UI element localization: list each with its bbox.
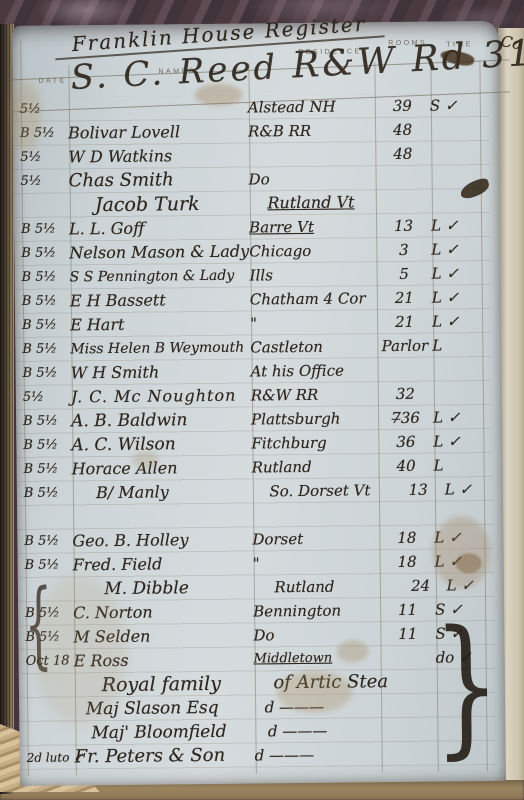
cell-date: B 5½: [16, 409, 71, 434]
cell-name: [68, 96, 248, 122]
cell-date: B 5½: [16, 433, 71, 458]
cell-date: [14, 193, 67, 218]
cell-name: Maj Slason Esq: [74, 695, 265, 721]
cell-residence: R&B RR: [248, 118, 375, 143]
cell-time: S ✓: [430, 93, 480, 118]
column-header-date: DATE: [39, 77, 67, 84]
cell-time: L ✓: [446, 573, 494, 597]
cell-residence: ": [253, 550, 380, 575]
cell-date: [19, 697, 74, 722]
cell-date: B 5½: [15, 265, 70, 290]
cell-name: W D Watkins: [68, 144, 248, 170]
cell-date: 5½: [14, 169, 69, 194]
cell-residence: Rutland: [274, 574, 394, 599]
cell-residence: d ———: [268, 718, 393, 743]
cell-room: 13: [392, 477, 445, 502]
cell-name: A. B. Baldwin: [71, 408, 251, 434]
cell-name: L. L. Goff: [69, 216, 249, 242]
cell-time: [430, 141, 480, 166]
cell-room: [389, 190, 442, 215]
cell-time: L ✓: [431, 237, 481, 262]
cell-room: [381, 646, 436, 671]
cell-time: [442, 189, 490, 214]
cell-room: 5: [376, 262, 431, 287]
cell-room: 48: [375, 118, 430, 143]
cell-name: S S Pennington & Lady: [70, 264, 250, 290]
cell-time: L ✓: [433, 429, 483, 454]
cell-date: B 5½: [15, 337, 70, 362]
cell-room: 13: [376, 214, 431, 239]
cell-residence: Barre Vt: [249, 214, 376, 239]
cell-residence: Plattsburgh: [251, 406, 378, 431]
cell-residence: Rutland Vt: [267, 190, 389, 215]
cell-time: [430, 117, 480, 142]
cell-room: 36: [378, 430, 433, 455]
ink-brace: }: [432, 611, 500, 762]
cell-residence: ": [250, 310, 377, 335]
cell-room: 11: [380, 622, 435, 647]
cell-residence: [248, 142, 375, 167]
cell-date: [17, 505, 72, 530]
cell-name: Horace Allen: [72, 456, 252, 482]
cell-date: 2d luto ✓: [20, 745, 75, 770]
cell-time: L ✓: [432, 309, 482, 334]
cell-name: M Selden: [73, 624, 253, 650]
cell-date: 5½: [13, 97, 68, 122]
cell-time: [433, 381, 483, 406]
cell-room: [377, 358, 432, 383]
cell-name: E H Bassett: [70, 288, 250, 314]
cell-name: Jacob Turk: [67, 191, 268, 217]
cell-room: Parlor: [377, 334, 432, 359]
cell-date: 5½: [13, 145, 68, 170]
cell-residence: Chicago: [249, 238, 376, 263]
cell-name: A. C. Wilson: [71, 432, 251, 458]
cell-date: B 5½: [17, 457, 72, 482]
cell-time: L: [434, 453, 484, 478]
register-page: DATE NAMES RESIDENCE ROOMS TIME Franklin…: [12, 21, 506, 786]
cell-residence: Chatham 4 Cor: [250, 286, 377, 311]
cell-time: [430, 165, 480, 190]
cell-room: 7̶36: [378, 406, 433, 431]
cell-residence: Do: [248, 166, 375, 191]
cell-name: M. Dibble: [70, 575, 274, 601]
cell-date: B 5½: [14, 217, 69, 242]
cell-date: B 5½: [13, 121, 68, 146]
cell-room: 11: [380, 598, 435, 623]
cell-name: Fred. Field: [73, 552, 253, 578]
cell-residence: Bennington: [253, 598, 380, 623]
cell-residence: of Artic Stea: [273, 670, 394, 695]
cell-time: L ✓: [432, 285, 482, 310]
register-row: 2d luto ✓ Fr. Peters & Son d ———: [20, 741, 496, 770]
cell-residence: [252, 502, 379, 527]
cell-residence: Alstead NH: [248, 94, 375, 119]
book-spine-page-edges: [0, 24, 14, 794]
cell-residence: Fitchburg: [251, 430, 378, 455]
cell-room: 39: [375, 94, 430, 119]
cell-name: Fr. Peters & Son: [75, 743, 255, 769]
cell-date: B 5½: [16, 361, 71, 386]
cell-residence: At his Office: [251, 358, 378, 383]
cell-room: 48: [375, 142, 430, 167]
margin-squiggle: {: [24, 578, 52, 673]
cell-name: Chas Smith: [69, 168, 249, 194]
cell-time: L ✓: [435, 549, 485, 574]
cell-residence: Ills: [250, 262, 377, 287]
cell-residence: Castleton: [250, 334, 377, 359]
cell-name: E Ross: [74, 648, 254, 674]
cell-name: B/ Manly: [70, 479, 270, 505]
cell-date: B 5½: [17, 529, 72, 554]
cell-time: L ✓: [434, 525, 484, 550]
cell-residence: Middletown: [254, 646, 381, 671]
cell-name: Geo. B. Holley: [72, 528, 252, 554]
cell-name: J. C. Mc Noughton: [71, 384, 251, 410]
cell-residence: R&W RR: [251, 382, 378, 407]
cell-residence: Rutland: [252, 454, 379, 479]
cell-name: Royal family: [72, 671, 274, 697]
cell-date: B 5½: [14, 241, 69, 266]
cell-time: L ✓: [431, 261, 481, 286]
cell-room: 24: [394, 573, 446, 598]
cell-name: Nelson Mason & Lady: [69, 240, 249, 266]
cell-room: 18: [380, 550, 435, 575]
cell-residence: Dorset: [252, 526, 379, 551]
cell-room: [375, 166, 430, 191]
cell-residence: Do: [253, 622, 380, 647]
cell-time: [432, 357, 482, 382]
cell-name: Bolivar Lovell: [68, 120, 248, 146]
cell-name: Miss Helen B Weymouth: [70, 336, 250, 362]
cell-residence: d ———: [255, 742, 382, 767]
cell-time: L ✓: [433, 405, 483, 430]
cell-room: [379, 502, 434, 527]
cell-time: L: [432, 333, 482, 358]
cell-name: W H Smith: [71, 360, 251, 386]
ledger-photo: Co DATE NAMES RESIDENCE ROOMS TIME Frank…: [0, 0, 524, 800]
cell-name: [72, 504, 252, 530]
cell-time: L ✓: [445, 477, 493, 502]
cell-residence: So. Dorset Vt: [269, 478, 392, 503]
cell-date: B 5½: [15, 289, 70, 314]
cell-date: B 5½: [15, 313, 70, 338]
cell-date: B 5½: [17, 481, 70, 506]
cell-room: 3: [376, 238, 431, 263]
cell-room: 40: [379, 454, 434, 479]
cell-date: 5½: [16, 385, 71, 410]
cell-name: E Hart: [70, 312, 250, 338]
cell-room: 21: [377, 286, 432, 311]
cell-time: [434, 501, 484, 526]
register-rows: 5½ Alstead NH 39 S ✓ B 5½ Bolivar Lovell…: [13, 93, 496, 770]
cell-date: [19, 721, 73, 746]
cell-room: [382, 742, 437, 767]
cell-room: 18: [379, 526, 434, 551]
cell-room: 32: [378, 382, 433, 407]
cell-name: C. Norton: [73, 600, 253, 626]
cell-residence: d ———: [265, 694, 391, 719]
cell-room: 21: [377, 310, 432, 335]
cell-time: L ✓: [431, 213, 481, 238]
cell-name: Maj' Bloomfield: [73, 719, 268, 745]
